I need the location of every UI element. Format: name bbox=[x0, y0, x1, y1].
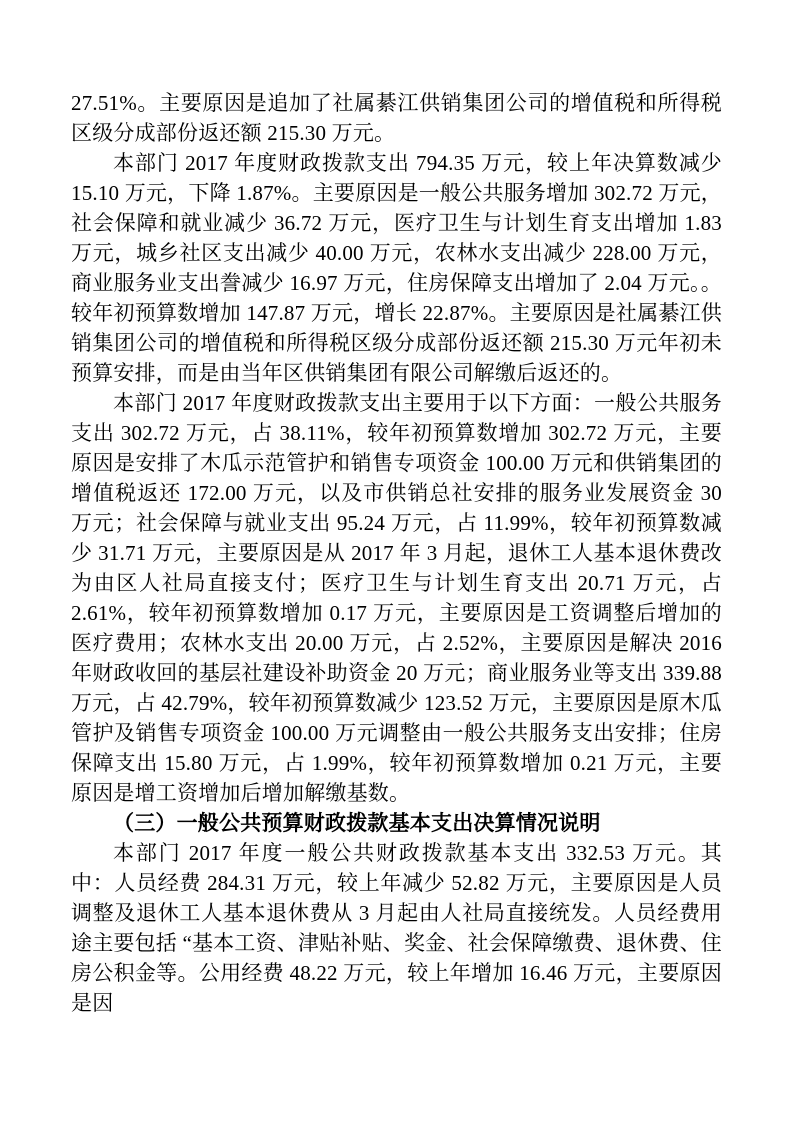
paragraph-continuation: 27.51%。主要原因是追加了社属綦江供销集团公司的增值税和所得税区级分成部份返… bbox=[71, 88, 722, 148]
document-page: 27.51%。主要原因是追加了社属綦江供销集团公司的增值税和所得税区级分成部份返… bbox=[0, 0, 793, 1122]
section-heading-basic-expenditure: （三）一般公共预算财政拨款基本支出决算情况说明 bbox=[71, 808, 722, 838]
paragraph-basic-expenditure-detail: 本部门 2017 年度一般公共财政拨款基本支出 332.53 万元。其中：人员经… bbox=[71, 838, 722, 1018]
document-body: 27.51%。主要原因是追加了社属綦江供销集团公司的增值税和所得税区级分成部份返… bbox=[71, 88, 722, 1018]
paragraph-expenditure-summary: 本部门 2017 年度财政拨款支出 794.35 万元，较上年决算数减少 15.… bbox=[71, 148, 722, 388]
paragraph-expenditure-breakdown: 本部门 2017 年度财政拨款支出主要用于以下方面：一般公共服务支出 302.7… bbox=[71, 388, 722, 808]
